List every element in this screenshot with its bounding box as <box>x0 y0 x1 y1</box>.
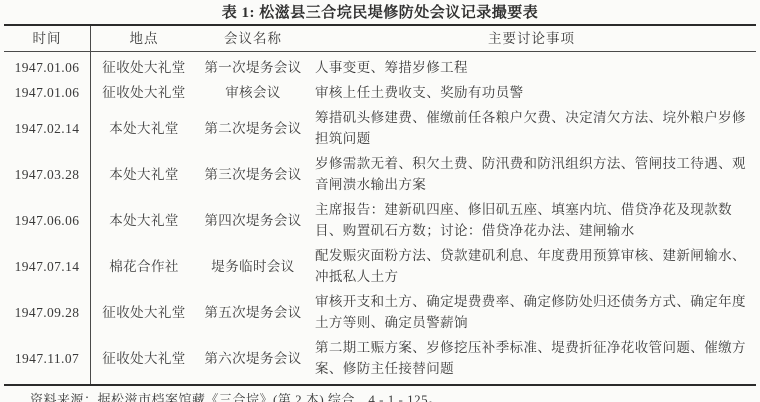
table-row: 1947.02.14本处大礼堂第二次堤务会议筹措矶头修建费、催缴前任各粮户欠费、… <box>4 105 756 151</box>
table-row: 1947.11.07征收处大礼堂第六次堤务会议第二期工赈方案、岁修挖压补季标准、… <box>4 335 756 385</box>
cell-date: 1947.03.28 <box>4 151 91 197</box>
cell-date: 1947.09.28 <box>4 289 91 335</box>
cell-meeting-name: 第一次堤务会议 <box>197 52 309 81</box>
column-header-time: 时间 <box>4 25 91 52</box>
cell-date: 1947.07.14 <box>4 243 91 289</box>
cell-main-topics: 第二期工赈方案、岁修挖压补季标准、堤费折征净花收管问题、催缴方案、修防主任接替问… <box>309 335 756 385</box>
cell-date: 1947.01.06 <box>4 52 91 81</box>
cell-meeting-name: 第四次堤务会议 <box>197 197 309 243</box>
cell-meeting-name: 第二次堤务会议 <box>197 105 309 151</box>
cell-location: 征收处大礼堂 <box>91 80 198 105</box>
cell-date: 1947.11.07 <box>4 335 91 385</box>
table-header: 时间 地点 会议名称 主要讨论事项 <box>4 25 756 52</box>
header-row: 时间 地点 会议名称 主要讨论事项 <box>4 25 756 52</box>
cell-meeting-name: 第三次堤务会议 <box>197 151 309 197</box>
cell-main-topics: 岁修需款无着、积欠土费、防汛费和防汛组织方法、管闸技工待遇、观音闸溃水输出方案 <box>309 151 756 197</box>
table-row: 1947.01.06征收处大礼堂第一次堤务会议人事变更、筹措岁修工程 <box>4 52 756 81</box>
table-row: 1947.07.14棉花合作社堤务临时会议配发赈灾面粉方法、贷款建矶利息、年度费… <box>4 243 756 289</box>
table-body: 1947.01.06征收处大礼堂第一次堤务会议人事变更、筹措岁修工程1947.0… <box>4 52 756 386</box>
cell-location: 征收处大礼堂 <box>91 52 198 81</box>
cell-location: 征收处大礼堂 <box>91 335 198 385</box>
cell-main-topics: 审核上任土费收支、奖励有功员警 <box>309 80 756 105</box>
cell-location: 棉花合作社 <box>91 243 198 289</box>
table-title: 表 1: 松滋县三合垸民堤修防处会议记录撮要表 <box>0 0 760 23</box>
cell-main-topics: 配发赈灾面粉方法、贷款建矶利息、年度费用预算审核、建新闸输水、冲抵私人土方 <box>309 243 756 289</box>
cell-meeting-name: 审核会议 <box>197 80 309 105</box>
cell-date: 1947.06.06 <box>4 197 91 243</box>
cell-location: 本处大礼堂 <box>91 105 198 151</box>
cell-date: 1947.01.06 <box>4 80 91 105</box>
cell-date: 1947.02.14 <box>4 105 91 151</box>
table-row: 1947.01.06征收处大礼堂审核会议审核上任土费收支、奖励有功员警 <box>4 80 756 105</box>
table-row: 1947.06.06本处大礼堂第四次堤务会议主席报告：建新矶四座、修旧矶五座、填… <box>4 197 756 243</box>
cell-meeting-name: 第五次堤务会议 <box>197 289 309 335</box>
cell-main-topics: 主席报告：建新矶四座、修旧矶五座、填塞内坑、借贷净花及现款数目、购置矶石方数；讨… <box>309 197 756 243</box>
cell-meeting-name: 堤务临时会议 <box>197 243 309 289</box>
column-header-location: 地点 <box>91 25 198 52</box>
table-row: 1947.03.28本处大礼堂第三次堤务会议岁修需款无着、积欠土费、防汛费和防汛… <box>4 151 756 197</box>
cell-main-topics: 人事变更、筹措岁修工程 <box>309 52 756 81</box>
document-page: 表 1: 松滋县三合垸民堤修防处会议记录撮要表 时间 地点 会议名称 主要讨论事… <box>0 0 760 402</box>
cell-main-topics: 筹措矶头修建费、催缴前任各粮户欠费、决定清欠方法、垸外粮户岁修担筑问题 <box>309 105 756 151</box>
table-row: 1947.09.28征收处大礼堂第五次堤务会议审核开支和土方、确定堤费费率、确定… <box>4 289 756 335</box>
column-header-meeting-name: 会议名称 <box>197 25 309 52</box>
cell-main-topics: 审核开支和土方、确定堤费费率、确定修防处归还债务方式、确定年度土方等则、确定员警… <box>309 289 756 335</box>
cell-location: 本处大礼堂 <box>91 151 198 197</box>
cell-location: 本处大礼堂 <box>91 197 198 243</box>
cell-location: 征收处大礼堂 <box>91 289 198 335</box>
source-note: 资料来源：据松滋市档案馆藏《三合垸》(第 2 本) 综合，4 - 1 - 125… <box>0 386 760 402</box>
column-header-main-topics: 主要讨论事项 <box>309 25 756 52</box>
cell-meeting-name: 第六次堤务会议 <box>197 335 309 385</box>
meeting-records-table: 时间 地点 会议名称 主要讨论事项 1947.01.06征收处大礼堂第一次堤务会… <box>4 24 756 386</box>
